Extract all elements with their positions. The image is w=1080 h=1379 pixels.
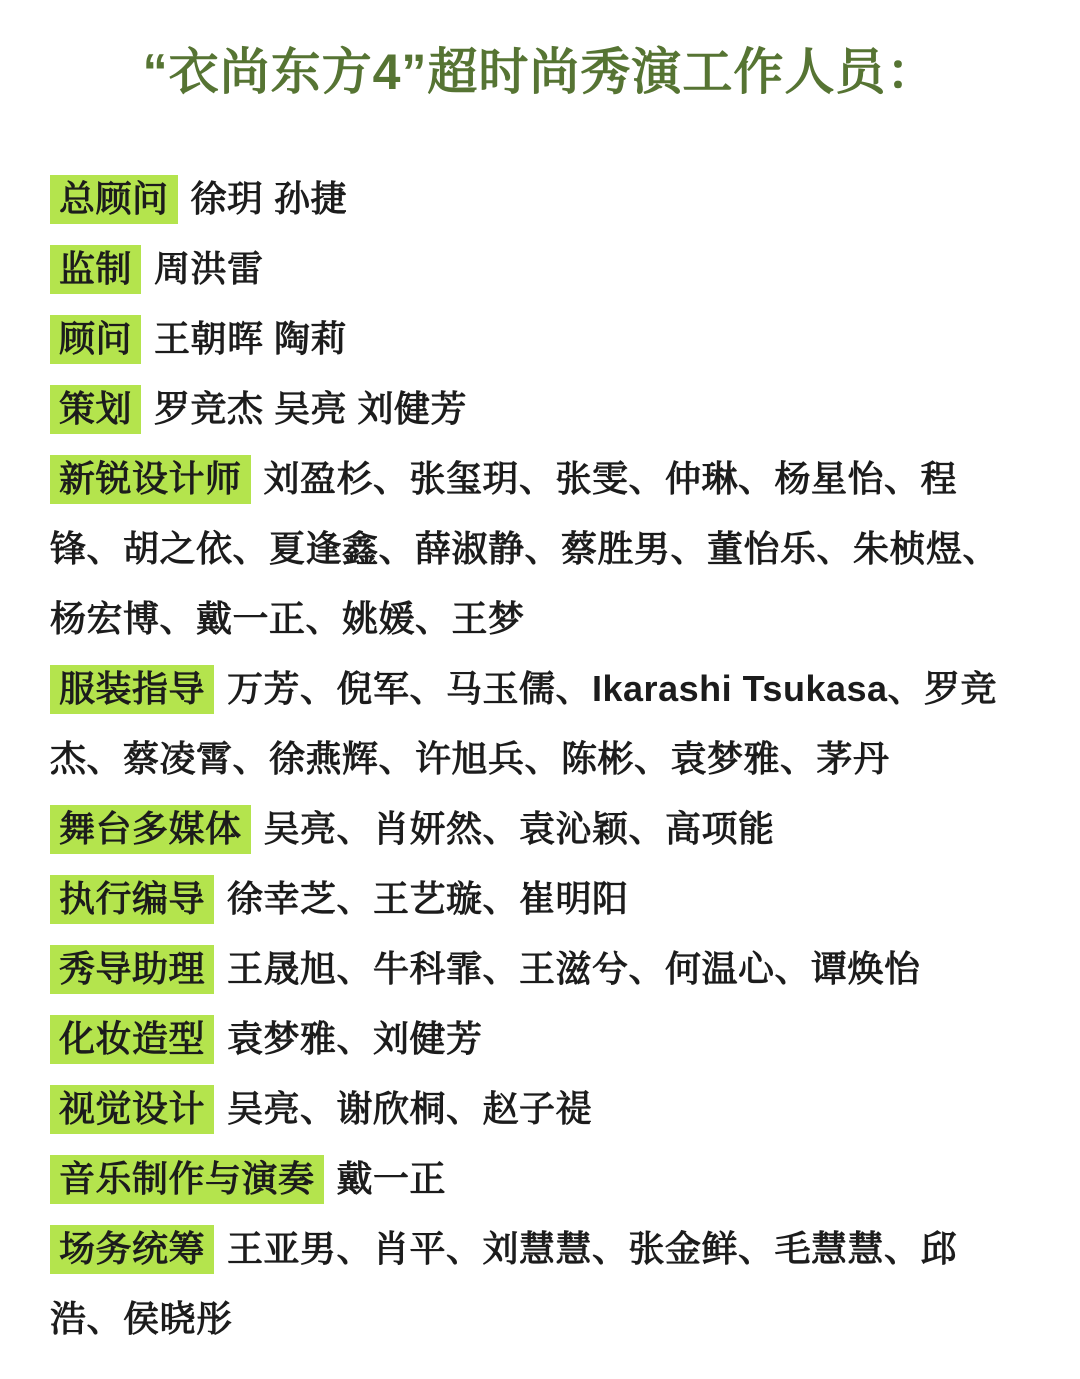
role-label: 音乐制作与演奏 — [50, 1155, 324, 1204]
credit-row: 秀导助理王晟旭、牛科霏、王滋兮、何温心、谭焕怡 — [50, 934, 1030, 1004]
credits-list: 总顾问徐玥 孙捷 监制周洪雷 顾问王朝晖 陶莉 策划罗竞杰 吴亮 刘健芳 新锐设… — [50, 164, 1030, 1354]
role-names: 罗竞杰 吴亮 刘健芳 — [154, 388, 467, 429]
credit-row: 服装指导万芳、倪军、马玉儒、Ikarashi Tsukasa、罗竞杰、蔡凌霄、徐… — [50, 654, 1030, 794]
role-label: 秀导助理 — [50, 945, 214, 994]
role-names: 徐幸芝、王艺璇、崔明阳 — [227, 878, 629, 919]
credit-row: 监制周洪雷 — [50, 234, 1030, 304]
credit-row: 视觉设计吴亮、谢欣桐、赵子禔 — [50, 1074, 1030, 1144]
credit-row: 总顾问徐玥 孙捷 — [50, 164, 1030, 234]
role-label: 总顾问 — [50, 175, 178, 224]
role-label: 顾问 — [50, 315, 141, 364]
credit-row: 执行编导徐幸芝、王艺璇、崔明阳 — [50, 864, 1030, 934]
poster-title: “衣尚东方4”超时尚秀演工作人员： — [50, 42, 1030, 102]
credit-row: 顾问王朝晖 陶莉 — [50, 304, 1030, 374]
credit-row: 舞台多媒体吴亮、肖妍然、袁沁颖、高项能 — [50, 794, 1030, 864]
role-label: 新锐设计师 — [50, 455, 251, 504]
role-names: 徐玥 孙捷 — [191, 178, 348, 219]
role-names: 吴亮、谢欣桐、赵子禔 — [227, 1088, 592, 1129]
credit-row: 策划罗竞杰 吴亮 刘健芳 — [50, 374, 1030, 444]
role-label: 策划 — [50, 385, 141, 434]
role-label: 监制 — [50, 245, 141, 294]
role-label: 执行编导 — [50, 875, 214, 924]
credits-poster: “衣尚东方4”超时尚秀演工作人员： 总顾问徐玥 孙捷 监制周洪雷 顾问王朝晖 陶… — [0, 0, 1080, 1379]
role-names: 袁梦雅、刘健芳 — [227, 1018, 483, 1059]
role-label: 化妆造型 — [50, 1015, 214, 1064]
role-names: 王晟旭、牛科霏、王滋兮、何温心、谭焕怡 — [227, 948, 921, 989]
role-label: 场务统筹 — [50, 1225, 214, 1274]
role-names: 吴亮、肖妍然、袁沁颖、高项能 — [264, 808, 775, 849]
role-names: 戴一正 — [337, 1158, 447, 1199]
role-label: 服装指导 — [50, 665, 214, 714]
credit-row: 新锐设计师刘盈杉、张玺玥、张雯、仲琳、杨星怡、程锋、胡之依、夏逢鑫、薛淑静、蔡胜… — [50, 444, 1030, 654]
credit-row: 音乐制作与演奏戴一正 — [50, 1144, 1030, 1214]
role-names: 周洪雷 — [154, 248, 264, 289]
role-label: 舞台多媒体 — [50, 805, 251, 854]
role-label: 视觉设计 — [50, 1085, 214, 1134]
credit-row: 化妆造型袁梦雅、刘健芳 — [50, 1004, 1030, 1074]
credit-row: 场务统筹王亚男、肖平、刘慧慧、张金鲜、毛慧慧、邱浩、侯晓彤 — [50, 1214, 1030, 1354]
role-names: 王朝晖 陶莉 — [154, 318, 347, 359]
